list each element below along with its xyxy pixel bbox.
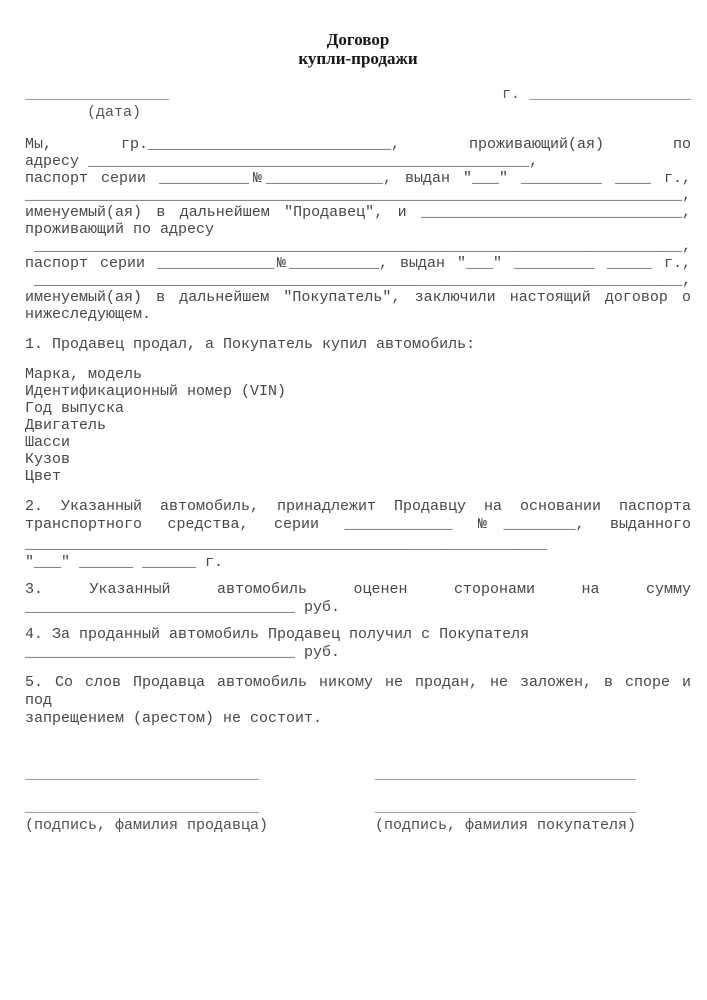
seller-signature-column: __________________________ _____________… xyxy=(25,766,375,835)
car-field-body: Кузов xyxy=(25,451,691,468)
clause-4-text: 4. За проданный автомобиль Продавец полу… xyxy=(25,626,691,644)
clause-3-sum-blank: ______________________________ руб. xyxy=(25,599,691,617)
intro-line-address-buyer: проживающий по адресу xyxy=(25,221,691,238)
clause-1: 1. Продавец продал, а Покупатель купил а… xyxy=(25,336,691,354)
clause-2: 2. Указанный автомобиль, принадлежит Про… xyxy=(25,498,691,572)
intro-paragraph: Мы, гр.___________________________, прож… xyxy=(25,136,691,323)
car-field-make-model: Марка, модель xyxy=(25,366,691,383)
clause-3: 3. Указанный автомобиль оценен сторонами… xyxy=(25,581,691,617)
contract-document: Договор купли-продажи ________________ г… xyxy=(0,30,707,835)
date-blank-line: ________________ xyxy=(25,86,169,104)
city-label: г. xyxy=(502,86,520,103)
intro-line-passport-seller: паспорт серии __________№_____________, … xyxy=(25,170,691,187)
intro-blank-line: ________________________________________… xyxy=(25,238,691,255)
intro-line-seller-name: именуемый(ая) в дальнейшем "Продавец", и… xyxy=(25,204,691,221)
clause-2-line1: 2. Указанный автомобиль, принадлежит Про… xyxy=(25,498,691,516)
clause-4: 4. За проданный автомобиль Продавец полу… xyxy=(25,626,691,662)
clause-5-line1: 5. Со слов Продавца автомобиль никому не… xyxy=(25,674,691,710)
clause-2-blank-line: ________________________________________… xyxy=(25,536,691,554)
car-field-year: Год выпуска xyxy=(25,400,691,417)
car-field-engine: Двигатель xyxy=(25,417,691,434)
buyer-signature-caption: (подпись, фамилия покупателя) xyxy=(375,817,691,835)
intro-line-parties: Мы, гр.___________________________, прож… xyxy=(25,136,691,153)
buyer-signature-line-1: _____________________________ xyxy=(375,766,691,784)
intro-line-address: адресу _________________________________… xyxy=(25,153,691,170)
buyer-signature-column: _____________________________ __________… xyxy=(375,766,691,835)
car-attributes-list: Марка, модель Идентификационный номер (V… xyxy=(25,366,691,485)
intro-blank-line: ________________________________________… xyxy=(25,187,691,204)
buyer-signature-line-2: _____________________________ xyxy=(375,799,691,817)
car-field-vin: Идентификационный номер (VIN) xyxy=(25,383,691,400)
clause-4-sum-blank: ______________________________ руб. xyxy=(25,644,691,662)
clause-2-line2: транспортного средства, серии __________… xyxy=(25,516,691,534)
clause-1-text: 1. Продавец продал, а Покупатель купил а… xyxy=(25,336,691,354)
intro-line-passport-buyer: паспорт серии _____________№__________, … xyxy=(25,255,691,272)
city-blank-line: __________________ xyxy=(529,86,691,103)
clause-5-line2: запрещением (арестом) не состоит. xyxy=(25,710,691,728)
date-caption: (дата) xyxy=(25,104,691,122)
seller-signature-caption: (подпись, фамилия продавца) xyxy=(25,817,375,835)
seller-signature-line-2: __________________________ xyxy=(25,799,375,817)
date-city-row: ________________ г. __________________ xyxy=(25,86,691,104)
document-title-line1: Договор xyxy=(25,30,691,49)
car-field-color: Цвет xyxy=(25,468,691,485)
signature-block: __________________________ _____________… xyxy=(25,766,691,835)
clause-3-text: 3. Указанный автомобиль оценен сторонами… xyxy=(25,581,691,599)
car-field-chassis: Шасси xyxy=(25,434,691,451)
intro-line-buyer-name: именуемый(ая) в дальнейшем "Покупатель",… xyxy=(25,289,691,306)
document-title: Договор купли-продажи xyxy=(25,30,691,68)
document-title-line2: купли-продажи xyxy=(25,49,691,68)
city-field: г. __________________ xyxy=(502,86,691,104)
clause-2-date-blank: "___" ______ ______ г. xyxy=(25,554,691,572)
seller-signature-line-1: __________________________ xyxy=(25,766,375,784)
intro-line-closing: нижеследующем. xyxy=(25,306,691,323)
clause-5: 5. Со слов Продавца автомобиль никому не… xyxy=(25,674,691,728)
intro-blank-line: ________________________________________… xyxy=(25,272,691,289)
